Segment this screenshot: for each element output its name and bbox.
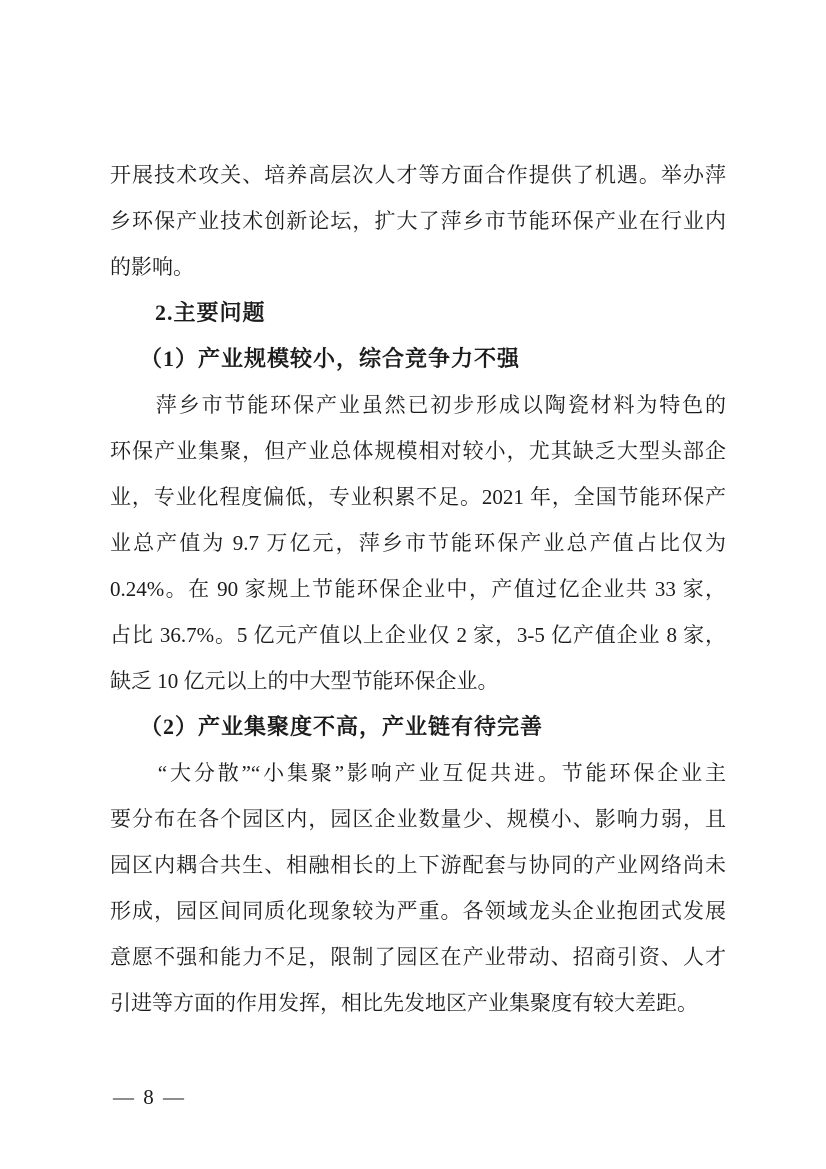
subsection-heading-2: （2）产业集聚度不高，产业链有待完善: [110, 704, 726, 750]
text-line: 乡环保产业技术创新论坛，扩大了萍乡市节能环保产业在行业内: [110, 198, 726, 244]
subsection-2-paragraph: “大分散”“小集聚”影响产业互促共进。节能环保企业主要分布在各个园区内，园区企业…: [110, 750, 726, 1026]
section-heading-main-problems: 2.主要问题: [110, 290, 726, 336]
text-line: 的影响。: [110, 244, 726, 290]
subsection-heading-1: （1）产业规模较小，综合竞争力不强: [110, 336, 726, 382]
text-line: 环保产业集聚，但产业总体规模相对较小，尤其缺乏大型头部企: [110, 428, 726, 474]
intro-paragraph: 开展技术攻关、培养高层次人才等方面合作提供了机遇。举办萍乡环保产业技术创新论坛，…: [110, 152, 726, 290]
subsection-1-paragraph: 萍乡市节能环保产业虽然已初步形成以陶瓷材料为特色的环保产业集聚，但产业总体规模相…: [110, 382, 726, 704]
text-line: 业，专业化程度偏低，专业积累不足。2021 年，全国节能环保产: [110, 474, 726, 520]
text-column: 开展技术攻关、培养高层次人才等方面合作提供了机遇。举办萍乡环保产业技术创新论坛，…: [110, 152, 726, 1026]
text-line: 形成，园区间同质化现象较为严重。各领域龙头企业抱团式发展: [110, 888, 726, 934]
text-line: 要分布在各个园区内，园区企业数量少、规模小、影响力弱，且: [110, 796, 726, 842]
text-line: “大分散”“小集聚”影响产业互促共进。节能环保企业主: [110, 750, 726, 796]
page-footer: — 8 —: [113, 1075, 186, 1120]
text-line: 开展技术攻关、培养高层次人才等方面合作提供了机遇。举办萍: [110, 152, 726, 198]
text-line: 缺乏 10 亿元以上的中大型节能环保企业。: [110, 658, 726, 704]
page-number: — 8 —: [113, 1085, 186, 1109]
text-line: 业总产值为 9.7 万亿元，萍乡市节能环保产业总产值占比仅为: [110, 520, 726, 566]
text-line: 园区内耦合共生、相融相长的上下游配套与协同的产业网络尚未: [110, 842, 726, 888]
text-line: 占比 36.7%。5 亿元产值以上企业仅 2 家，3-5 亿产值企业 8 家，: [110, 612, 726, 658]
text-line: 萍乡市节能环保产业虽然已初步形成以陶瓷材料为特色的: [110, 382, 726, 428]
text-line: 意愿不强和能力不足，限制了园区在产业带动、招商引资、人才: [110, 934, 726, 980]
text-line: 0.24%。在 90 家规上节能环保企业中，产值过亿企业共 33 家，: [110, 566, 726, 612]
document-page: 开展技术攻关、培养高层次人才等方面合作提供了机遇。举办萍乡环保产业技术创新论坛，…: [0, 0, 826, 1169]
text-line: 引进等方面的作用发挥，相比先发地区产业集聚度有较大差距。: [110, 980, 726, 1026]
